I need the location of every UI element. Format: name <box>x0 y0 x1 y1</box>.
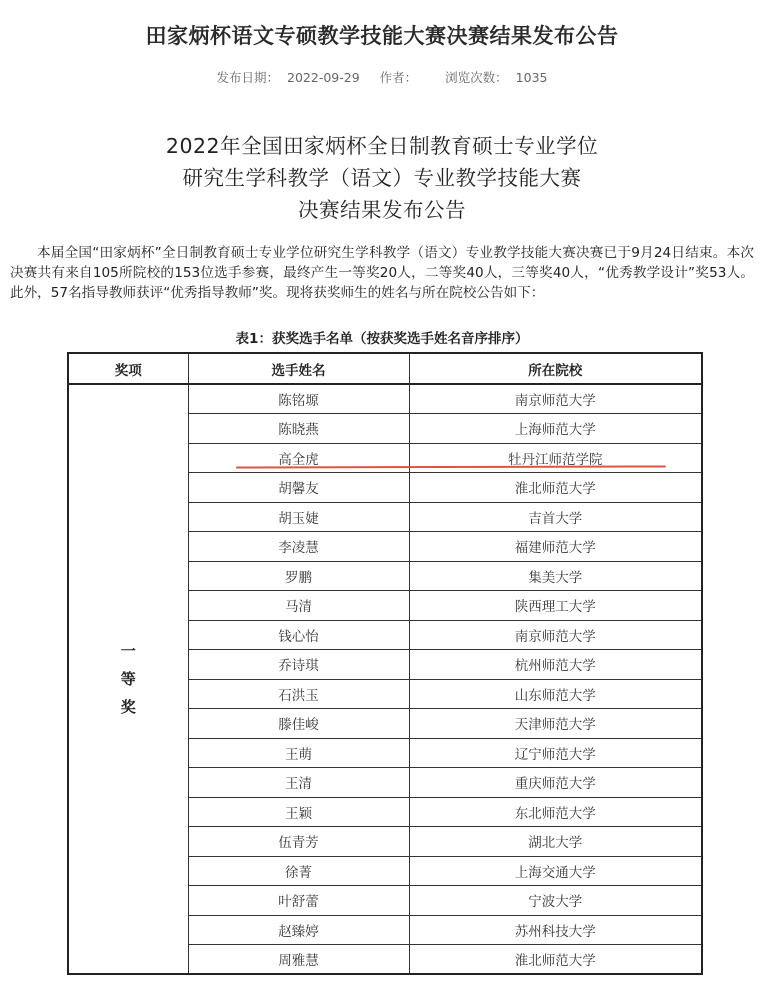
winner-name: 伍青芳 <box>188 827 409 857</box>
publish-date: 发布日期：2022-09-29 <box>213 70 364 85</box>
winner-name: 石洪玉 <box>188 679 409 709</box>
publish-date-value: 2022-09-29 <box>287 70 360 85</box>
winner-school: 陕西理工大学 <box>409 591 702 621</box>
table-caption: 表1：获奖选手名单（按获奖选手姓名音序排序） <box>0 327 764 347</box>
winner-name: 滕佳峻 <box>188 709 409 739</box>
winner-school: 牡丹江师范学院 <box>409 443 702 473</box>
header-name: 选手姓名 <box>188 353 409 384</box>
award-char: 等 <box>69 665 188 693</box>
winner-school: 杭州师范大学 <box>409 650 702 680</box>
winner-name: 陈晓燕 <box>188 414 409 444</box>
winner-school: 南京师范大学 <box>409 384 702 414</box>
winner-school: 天津师范大学 <box>409 709 702 739</box>
winner-school: 东北师范大学 <box>409 797 702 827</box>
winner-name: 王清 <box>188 768 409 798</box>
winner-school: 宁波大学 <box>409 886 702 916</box>
view-count: 浏览次数：1035 <box>441 70 551 85</box>
article-meta: 发布日期：2022-09-29 作者： 浏览次数：1035 <box>0 68 764 86</box>
views-label: 浏览次数： <box>445 70 508 85</box>
table-row: 一 等 奖 陈铭塬 南京师范大学 <box>68 384 702 414</box>
winner-name: 赵臻婷 <box>188 915 409 945</box>
winner-school: 上海师范大学 <box>409 414 702 444</box>
winner-school: 南京师范大学 <box>409 620 702 650</box>
winner-name: 乔诗琪 <box>188 650 409 680</box>
winner-name: 李凌慧 <box>188 532 409 562</box>
winner-name: 钱心怡 <box>188 620 409 650</box>
winner-school: 辽宁师范大学 <box>409 738 702 768</box>
views-value: 1035 <box>516 70 548 85</box>
winner-name: 周雅慧 <box>188 945 409 975</box>
winner-school: 苏州科技大学 <box>409 915 702 945</box>
winner-school: 福建师范大学 <box>409 532 702 562</box>
page-title: 田家炳杯语文专硕教学技能大赛决赛结果发布公告 <box>0 20 764 50</box>
announcement-headline: 2022年全国田家炳杯全日制教育硕士专业学位 研究生学科教学（语文）专业教学技能… <box>0 130 764 226</box>
winner-name: 罗鹏 <box>188 561 409 591</box>
winner-school: 淮北师范大学 <box>409 473 702 503</box>
winner-name: 马清 <box>188 591 409 621</box>
winner-school: 湖北大学 <box>409 827 702 857</box>
winner-school: 上海交通大学 <box>409 856 702 886</box>
winner-name: 徐菁 <box>188 856 409 886</box>
award-char: 奖 <box>69 693 188 721</box>
winner-name: 胡玉婕 <box>188 502 409 532</box>
winner-school: 吉首大学 <box>409 502 702 532</box>
winner-name: 王颖 <box>188 797 409 827</box>
winner-school: 山东师范大学 <box>409 679 702 709</box>
winner-school: 集美大学 <box>409 561 702 591</box>
winner-name: 叶舒蕾 <box>188 886 409 916</box>
winner-school: 重庆师范大学 <box>409 768 702 798</box>
headline-line-3: 决赛结果发布公告 <box>0 194 764 226</box>
author: 作者： <box>376 70 430 85</box>
document-page: 田家炳杯语文专硕教学技能大赛决赛结果发布公告 发布日期：2022-09-29 作… <box>0 0 764 984</box>
awards-table: 奖项 选手姓名 所在院校 一 等 奖 陈铭塬 南京师范大学 陈晓燕上海师范大学 … <box>67 352 703 975</box>
header-school: 所在院校 <box>409 353 702 384</box>
headline-line-1: 2022年全国田家炳杯全日制教育硕士专业学位 <box>0 130 764 162</box>
award-level-cell: 一 等 奖 <box>68 384 188 974</box>
winner-school: 淮北师范大学 <box>409 945 702 975</box>
table-header-row: 奖项 选手姓名 所在院校 <box>68 353 702 384</box>
winner-name: 陈铭塬 <box>188 384 409 414</box>
winner-name: 王萌 <box>188 738 409 768</box>
winner-name: 胡馨友 <box>188 473 409 503</box>
award-char: 一 <box>69 637 188 665</box>
intro-paragraph: 本届全国“田家炳杯”全日制教育硕士专业学位研究生学科教学（语文）专业教学技能大赛… <box>10 243 754 303</box>
publish-date-label: 发布日期： <box>217 70 280 85</box>
author-label: 作者： <box>380 70 418 85</box>
headline-line-2: 研究生学科教学（语文）专业教学技能大赛 <box>0 162 764 194</box>
header-award: 奖项 <box>68 353 188 384</box>
